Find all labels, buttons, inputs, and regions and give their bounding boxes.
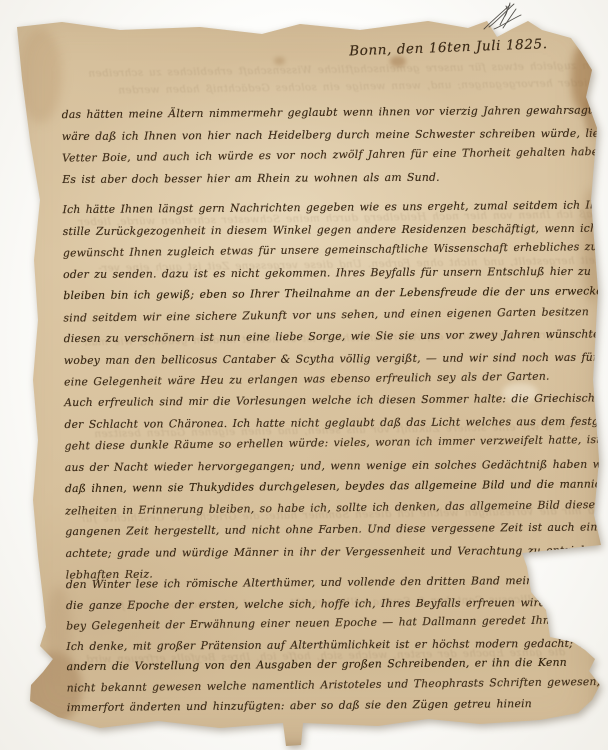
dust-fiber-icon bbox=[481, 0, 523, 32]
letter-paragraph-4: den Winter lese ich römische Alterthümer… bbox=[66, 570, 608, 718]
letter-paragraph-1: das hätten meine Ältern nimmermehr gegla… bbox=[62, 99, 607, 190]
handwritten-line: den Winter lese ich römische Alterthümer… bbox=[66, 570, 608, 595]
handwritten-line: Auch erfreulich sind mir die Vorlesungen… bbox=[64, 387, 608, 413]
scan-background: gewünscht Ihnen zugleich etwas für unser… bbox=[0, 0, 608, 750]
handwritten-line: das hätten meine Ältern nimmermehr gegla… bbox=[62, 99, 606, 125]
handwritten-line: oder zu senden. dazu ist es nicht gekomm… bbox=[63, 260, 607, 285]
handwriting-layer: Bonn, den 16ten Juli 1825. das hätten me… bbox=[0, 0, 608, 750]
letter-paragraph-2: Ich hätte Ihnen längst gern Nachrichten … bbox=[62, 194, 608, 392]
handwritten-line: Ich hätte Ihnen längst gern Nachrichten … bbox=[62, 194, 606, 220]
handwritten-line: Es ist aber doch besser hier am Rhein zu… bbox=[62, 165, 606, 190]
letter-paper-shadow: gewünscht Ihnen zugleich etwas für unser… bbox=[0, 0, 608, 750]
letter-paper: gewünscht Ihnen zugleich etwas für unser… bbox=[0, 0, 608, 750]
handwritten-line: Ich denke, mit großer Prätension auf Alt… bbox=[66, 633, 608, 657]
letter-dateline: Bonn, den 16ten Juli 1825. bbox=[349, 36, 548, 59]
handwritten-line: aus der Nacht wieder hervorgegangen; und… bbox=[65, 453, 608, 478]
letter-paragraph-3: Auch erfreulich sind mir die Vorlesungen… bbox=[64, 387, 608, 585]
